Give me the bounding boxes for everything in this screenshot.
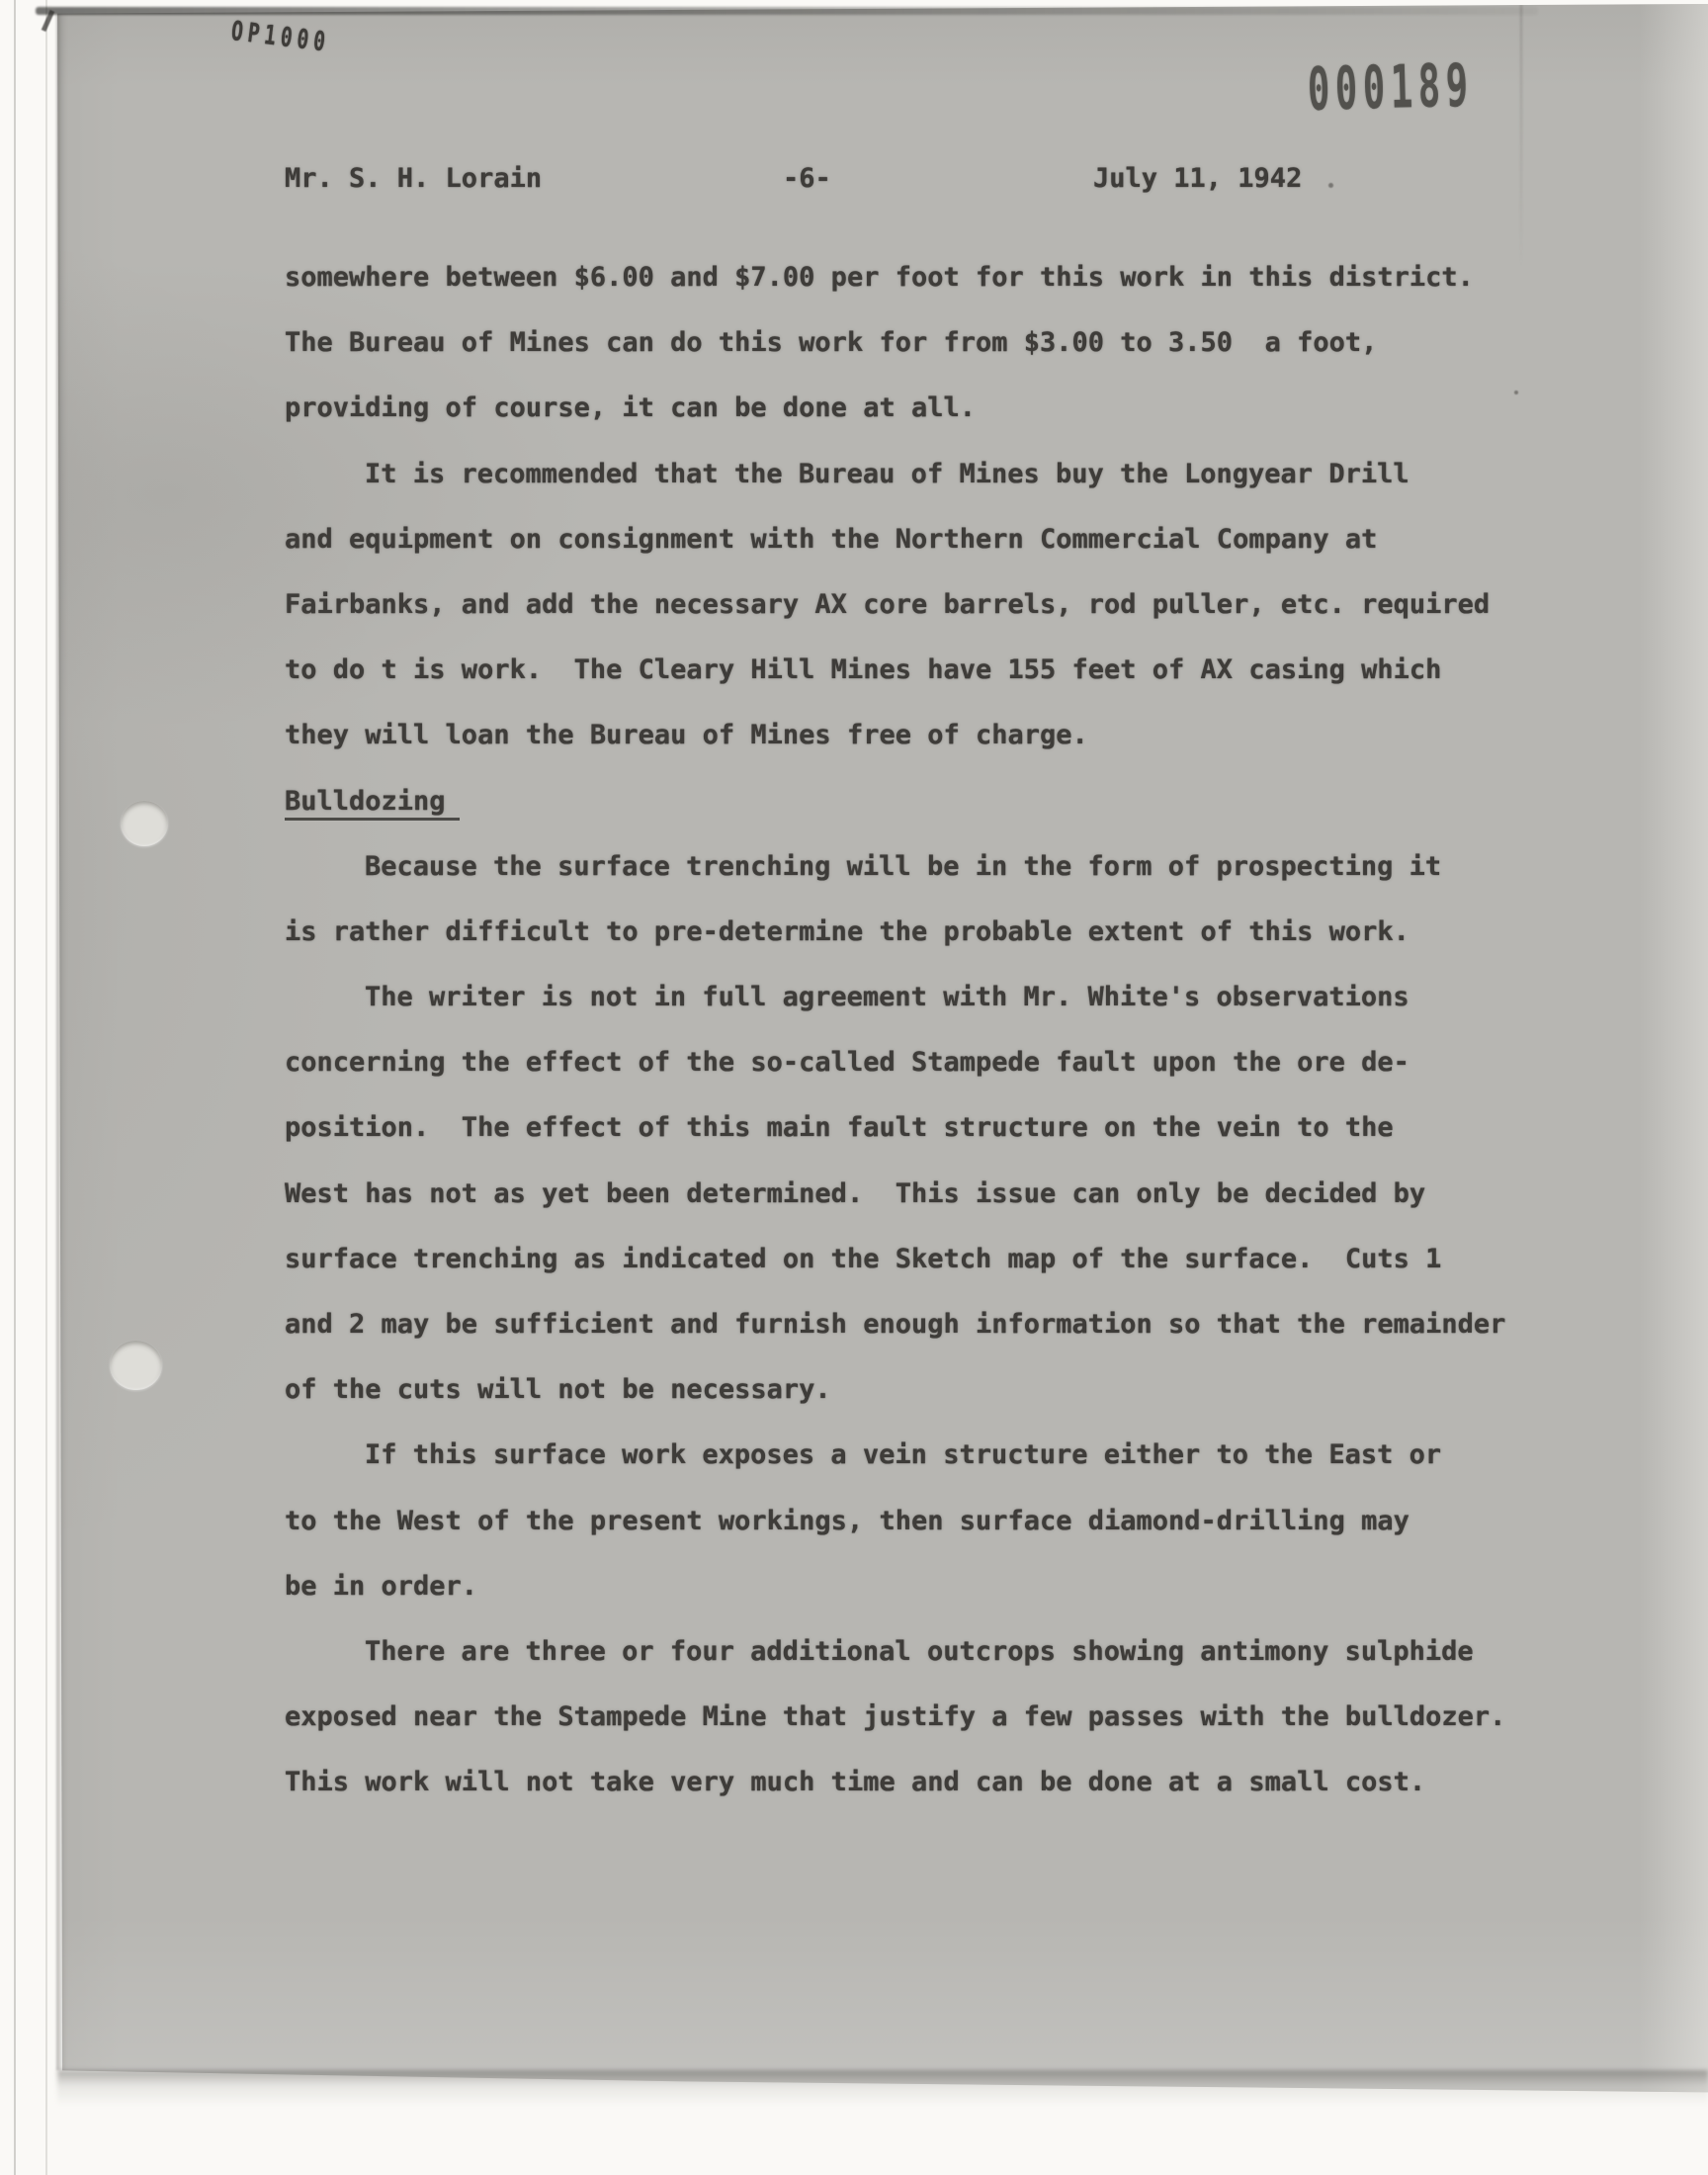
paper-sheet: OP1000 000189 Mr. S. H. Lorain -6- July … — [0, 0, 1708, 2175]
paper-left-edge-shadow — [56, 14, 67, 2070]
file-stamp-op1000: OP1000 — [229, 16, 332, 58]
typed-text-line: somewhere between $6.00 and $7.00 per fo… — [285, 245, 1629, 310]
typed-text-line: There are three or four additional outcr… — [285, 1619, 1629, 1685]
typed-text-line: exposed near the Stampede Mine that just… — [285, 1685, 1629, 1750]
paper-bottom-edge-shadow — [57, 2070, 1708, 2106]
section-heading-bulldozing: Bulldozing — [285, 769, 1629, 834]
scanner-streak-line — [45, 0, 47, 2175]
typed-text-line: is rather difficult to pre-determine the… — [285, 900, 1629, 965]
typed-text-line: The Bureau of Mines can do this work for… — [285, 310, 1629, 376]
typed-text-line: to do t is work. The Cleary Hill Mines h… — [285, 638, 1629, 703]
typed-text-line: It is recommended that the Bureau of Min… — [285, 442, 1629, 507]
typed-text-line: and 2 may be sufficient and furnish enou… — [285, 1292, 1629, 1357]
typed-text-line: and equipment on consignment with the No… — [285, 507, 1629, 572]
punch-hole-top — [121, 801, 168, 846]
typed-text-line: they will loan the Bureau of Mines free … — [285, 703, 1629, 768]
typed-text-line: of the cuts will not be necessary. — [285, 1357, 1629, 1423]
typed-text-line: position. The effect of this main fault … — [285, 1095, 1629, 1161]
typed-text-line: If this surface work exposes a vein stru… — [285, 1423, 1629, 1488]
scanner-streak-line — [14, 0, 16, 2175]
paper-crease — [1520, 0, 1522, 267]
header-page-number: -6- — [783, 146, 831, 212]
document-number-stamp: 000189 — [1307, 51, 1475, 125]
ink-speck — [1328, 183, 1333, 188]
page-header: Mr. S. H. Lorain -6- July 11, 1942 — [285, 146, 1609, 212]
typed-text-line: to the West of the present workings, the… — [285, 1489, 1629, 1554]
typed-text-line: concerning the effect of the so-called S… — [285, 1030, 1629, 1095]
ink-speck — [1514, 391, 1518, 394]
typed-text-line: providing of course, it can be done at a… — [285, 376, 1629, 441]
typed-text-line: West has not as yet been determined. Thi… — [285, 1162, 1629, 1227]
scanned-document-page: { "page": { "stamps": { "top_left": "OP1… — [0, 0, 1708, 2175]
header-date: July 11, 1942 — [1093, 146, 1302, 212]
typed-text-line: The writer is not in full agreement with… — [285, 965, 1629, 1030]
punch-hole-bottom — [110, 1341, 162, 1390]
typed-text-line: This work will not take very much time a… — [285, 1750, 1629, 1815]
header-addressee: Mr. S. H. Lorain — [285, 146, 542, 212]
typed-text-line: Because the surface trenching will be in… — [285, 834, 1629, 900]
typed-text-line: Fairbanks, and add the necessary AX core… — [285, 572, 1629, 638]
paper-top-edge-shadow — [36, 7, 1538, 15]
typed-text-line: be in order. — [285, 1554, 1629, 1619]
letter-body: somewhere between $6.00 and $7.00 per fo… — [285, 245, 1629, 1816]
typed-text-line: surface trenching as indicated on the Sk… — [285, 1227, 1629, 1292]
